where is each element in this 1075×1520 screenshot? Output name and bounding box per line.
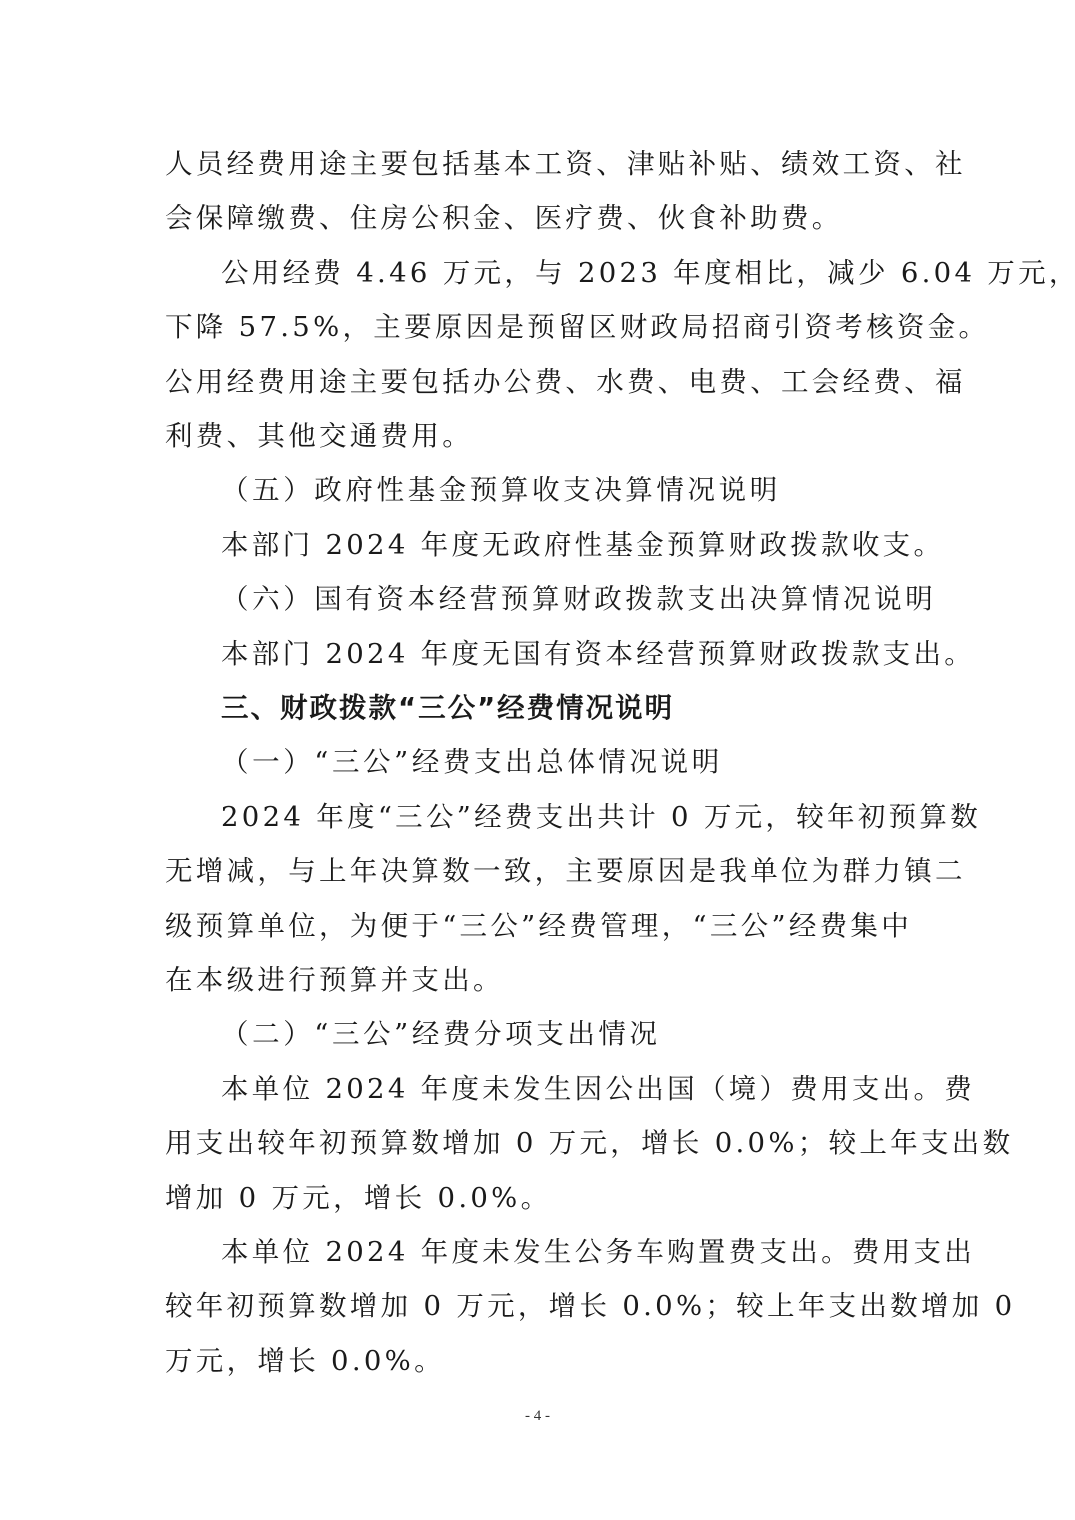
section-heading-6: （六）国有资本经营预算财政拨款支出决算情况说明 (221, 582, 936, 616)
paragraph-line: 公用经费用途主要包括办公费、水费、电费、工会经费、福 (165, 365, 966, 399)
paragraph-line: 较年初预算数增加 0 万元，增长 0.0%；较上年支出数增加 0 (165, 1289, 1015, 1323)
paragraph-line: 用支出较年初预算数增加 0 万元，增长 0.0%；较上年支出数 (165, 1126, 1013, 1160)
paragraph-line: 无增减，与上年决算数一致，主要原因是我单位为群力镇二 (165, 854, 966, 888)
paragraph-line: 本单位 2024 年度未发生因公出国（境）费用支出。费 (221, 1072, 975, 1106)
page-number: - 4 - (0, 1408, 1075, 1425)
subsection-heading-1: （一）“三公”经费支出总体情况说明 (221, 745, 723, 779)
section-heading-3: 三、财政拨款“三公”经费情况说明 (221, 691, 674, 725)
paragraph-line: 会保障缴费、住房公积金、医疗费、伙食补助费。 (165, 201, 843, 235)
paragraph-line: 本部门 2024 年度无政府性基金预算财政拨款收支。 (221, 528, 944, 562)
paragraph-line: 增加 0 万元，增长 0.0%。 (165, 1181, 551, 1215)
paragraph-line: 级预算单位，为便于“三公”经费管理，“三公”经费集中 (165, 909, 912, 943)
subsection-heading-2: （二）“三公”经费分项支出情况 (221, 1017, 661, 1051)
document-page: 人员经费用途主要包括基本工资、津贴补贴、绩效工资、社 会保障缴费、住房公积金、医… (0, 0, 1075, 1520)
paragraph-line: 下降 57.5%，主要原因是预留区财政局招商引资考核资金。 (165, 310, 989, 344)
paragraph-line: 公用经费 4.46 万元，与 2023 年度相比，减少 6.04 万元， (221, 256, 1075, 290)
paragraph-line: 本部门 2024 年度无国有资本经营预算财政拨款支出。 (221, 637, 975, 671)
section-heading-5: （五）政府性基金预算收支决算情况说明 (221, 473, 781, 507)
paragraph-line: 在本级进行预算并支出。 (165, 963, 504, 997)
paragraph-line: 2024 年度“三公”经费支出共计 0 万元，较年初预算数 (221, 800, 981, 834)
paragraph-line: 本单位 2024 年度未发生公务车购置费支出。费用支出 (221, 1235, 975, 1269)
paragraph-line: 人员经费用途主要包括基本工资、津贴补贴、绩效工资、社 (165, 147, 966, 181)
paragraph-line: 利费、其他交通费用。 (165, 419, 473, 453)
paragraph-line: 万元，增长 0.0%。 (165, 1344, 445, 1378)
